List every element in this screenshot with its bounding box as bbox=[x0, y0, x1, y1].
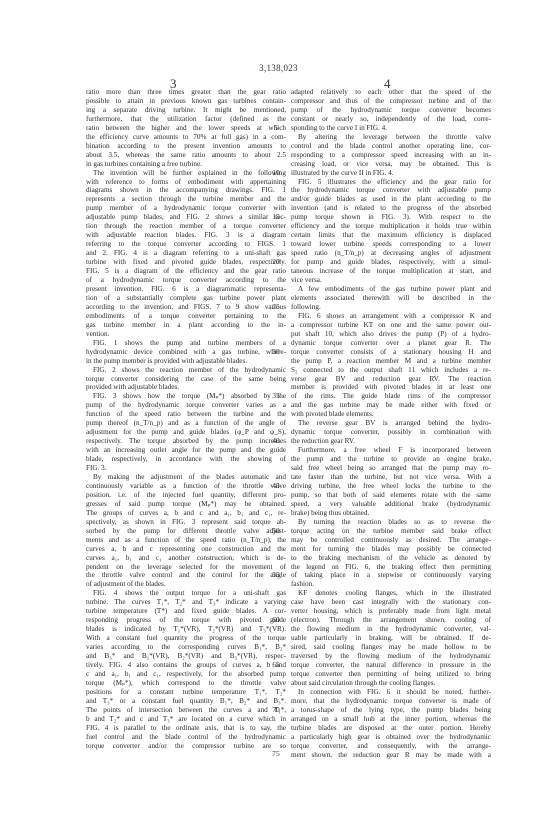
text-line: of taking place in a stepwise or continu… bbox=[291, 571, 491, 580]
text-line: torque converter and/or the compressor t… bbox=[86, 742, 286, 751]
text-line: adjustable pump blades, and FIG. 2 shows… bbox=[86, 213, 286, 222]
text-line: FIG. 2 shows the reaction member of the … bbox=[86, 366, 286, 375]
text-line: the flowing medium in the hydrodynamic c… bbox=[291, 625, 491, 634]
text-line: may be controlled continuously as desire… bbox=[291, 536, 491, 545]
text-line: ratio more than three times greater than… bbox=[86, 88, 286, 97]
text-line: with reference to forms of embodiment wi… bbox=[86, 178, 286, 187]
text-line: FIG. 5 is a diagram of the efficiency an… bbox=[86, 267, 286, 276]
text-line: the throttle valve control and the contr… bbox=[86, 571, 286, 580]
text-line: A few embodiments of the gas turbine pow… bbox=[291, 285, 491, 294]
text-line: the efficiency curve amounts to 70% at f… bbox=[86, 133, 286, 142]
text-line: pump member of a hydrodynamic torque con… bbox=[86, 204, 286, 213]
text-line: the pump and the turbine to provide an e… bbox=[291, 455, 491, 464]
text-line: pump of the hydrodynamic torque converte… bbox=[291, 106, 491, 115]
text-line: driving turbine, the free wheel locks th… bbox=[291, 482, 491, 491]
text-line: The invention will be further explained … bbox=[86, 169, 286, 178]
text-line: S₂ connected to the output shaft 11 whic… bbox=[291, 366, 491, 375]
text-line: and/or guide blades as used in the plant… bbox=[291, 195, 491, 204]
text-line: c and a₁, b₁ and c₁, respectively, for t… bbox=[86, 670, 286, 679]
line-number: 40 bbox=[269, 437, 283, 446]
text-line: provided with adjustable blades. bbox=[86, 383, 286, 392]
text-line: member is provided with pivoted blades i… bbox=[291, 383, 491, 392]
text-line: pendent on the leverage selected for the… bbox=[86, 563, 286, 572]
text-line: arranged on a small hub at the inner por… bbox=[291, 715, 491, 724]
line-number: 25 bbox=[269, 303, 283, 312]
text-line: FIG. 3 shows how the torque (Mₚ*) absorb… bbox=[86, 392, 286, 401]
text-line: sorbed by the pump for different throttl… bbox=[86, 527, 286, 536]
text-line: control and the blade control another op… bbox=[291, 142, 491, 151]
text-line: continuously variable as a function of t… bbox=[86, 482, 286, 491]
text-line: speed ratio (n_T/n_p) at decreasing angl… bbox=[291, 249, 491, 258]
left-text-column: ratio more than three times greater than… bbox=[86, 88, 286, 751]
text-line: the pump P, a reaction member M and a tu… bbox=[291, 357, 491, 366]
text-line: FIG. 5 illustrates the efficiency and th… bbox=[291, 178, 491, 187]
text-line: torque converter, the natural difference… bbox=[291, 661, 491, 670]
text-line: to the braking mechanism of the vehicle … bbox=[291, 554, 491, 563]
text-line: hydrodynamic device combined with a gas … bbox=[86, 348, 286, 357]
text-line: with adjustable reaction blades. FIG. 3 … bbox=[86, 231, 286, 240]
text-line: FIG. 4 shows the output torque for a uni… bbox=[86, 589, 286, 598]
text-line: with an increasing outlet angle for the … bbox=[86, 446, 286, 455]
text-line: and B₃* and B₁*(VR), B₂*(VR) and B₃*(VR)… bbox=[86, 652, 286, 661]
text-line: position, i.e. of the injected fuel quan… bbox=[86, 491, 286, 500]
text-line: torque (Mₚ*), which correspond to the th… bbox=[86, 679, 286, 688]
text-line: toward lower turbine speeds correspondin… bbox=[291, 240, 491, 249]
text-line: tate faster than the turbine, but not vi… bbox=[291, 473, 491, 482]
text-line: blade, respectively, in accordance with … bbox=[86, 455, 286, 464]
text-line: dynamic torque converter over a planet g… bbox=[291, 339, 491, 348]
text-line: (electron). Through the arrangement show… bbox=[291, 616, 491, 625]
text-line: adapted relatively to each other that th… bbox=[291, 88, 491, 97]
text-line: put shaft 10, which also drives the pump… bbox=[291, 330, 491, 339]
text-line: pump of the hydrodynamic torque converte… bbox=[86, 401, 286, 410]
text-line: the reduction gear RV. bbox=[291, 437, 491, 446]
text-line: of a hydrodynamic torque converter accor… bbox=[86, 276, 286, 285]
line-number: 20 bbox=[269, 258, 283, 267]
text-line: The points of intersection between the c… bbox=[86, 706, 286, 715]
text-line: said free wheel being so arranged that t… bbox=[291, 464, 491, 473]
text-line: The groups of curves a, b and c and a₁, … bbox=[86, 509, 286, 518]
text-line: pump thereof (n_T/n_p) and as a function… bbox=[86, 419, 286, 428]
text-line: responding progress of the torque with p… bbox=[86, 616, 286, 625]
text-line: vention. bbox=[86, 330, 286, 339]
text-line: b and T₂* and c and T₃* are located on a… bbox=[86, 715, 286, 724]
text-line: spectively, as shown in FIG. 3 represent… bbox=[86, 518, 286, 527]
text-line: FIG. 3. bbox=[86, 464, 286, 473]
text-line: a torus-shape of the lying type, the pum… bbox=[291, 706, 491, 715]
line-number: 55 bbox=[269, 571, 283, 580]
text-line: the hydrodynamic torque converter with a… bbox=[291, 186, 491, 195]
text-line: pump torque shown in FIG. 3). With respe… bbox=[291, 213, 491, 222]
text-line: FIG. 6 shows an arrangement with a compr… bbox=[291, 312, 491, 321]
text-line: taneous increase of the torque multiplic… bbox=[291, 267, 491, 276]
text-line: KF denotes cooling flanges, which in the… bbox=[291, 589, 491, 598]
line-number: 5 bbox=[269, 124, 283, 133]
text-line: positions for a constant turbine tempera… bbox=[86, 688, 286, 697]
text-line: tively. FIG. 4 also contains the groups … bbox=[86, 661, 286, 670]
text-line: blades is indicated by T₁*(VR), T₂*(VR) … bbox=[86, 625, 286, 634]
text-line: furthermore, that the utilization factor… bbox=[86, 115, 286, 124]
text-line: torque converter considering the case of… bbox=[86, 375, 286, 384]
text-line: and 2. FIG. 4 is a diagram referring to … bbox=[86, 249, 286, 258]
text-line: curves a, b and c representing one const… bbox=[86, 545, 286, 554]
text-line: By turning the reaction blades so as to … bbox=[291, 518, 491, 527]
text-line: in gas turbines containing a free turbin… bbox=[86, 160, 286, 169]
line-number: 35 bbox=[269, 392, 283, 401]
text-line: function of the speed ratio between the … bbox=[86, 410, 286, 419]
text-line: speed, a very valuable additional brake … bbox=[291, 500, 491, 509]
text-line: compressor and thus of the compressor tu… bbox=[291, 97, 491, 106]
text-line: diagrams shown in the accompanying drawi… bbox=[86, 186, 286, 195]
text-line: ments and as a function of the speed rat… bbox=[86, 536, 286, 545]
text-line: By making the adjustment of the blades a… bbox=[86, 473, 286, 482]
text-line: verse gear BV and reduction gear RV. The… bbox=[291, 375, 491, 384]
line-number: 50 bbox=[269, 527, 283, 536]
text-line: By altering the leverage between the thr… bbox=[291, 133, 491, 142]
text-line: about said circulation through the cooli… bbox=[291, 679, 491, 688]
text-line: vice versa. bbox=[291, 276, 491, 285]
text-line: torque acting on the turbine member said… bbox=[291, 527, 491, 536]
line-number: 10 bbox=[269, 169, 283, 178]
text-line: The reverse gear BV is arranged behind t… bbox=[291, 419, 491, 428]
line-number: 60 bbox=[269, 616, 283, 625]
line-number: 45 bbox=[269, 482, 283, 491]
text-line: ment for turning the blades may possibly… bbox=[291, 545, 491, 554]
text-line: of adjustment of the blades. bbox=[86, 580, 286, 589]
text-line: adjustment for the pump and guide blades… bbox=[86, 428, 286, 437]
text-line: ing a separate driving turbine. It might… bbox=[86, 106, 286, 115]
text-line: constant or nearly so, independently of … bbox=[291, 115, 491, 124]
text-line: embodiments of a torque converter pertai… bbox=[86, 312, 286, 321]
text-line: torque converter, and consequently, with… bbox=[291, 742, 491, 751]
text-line: represents a section through the turbine… bbox=[86, 195, 286, 204]
text-line: varies according to the corresponding cu… bbox=[86, 643, 286, 652]
text-line: present invention. FIG. 6 is a diagramma… bbox=[86, 285, 286, 294]
text-line: in the pump member is provided with adju… bbox=[86, 357, 286, 366]
text-line: Furthermore, a free wheel F is incorpora… bbox=[291, 446, 491, 455]
text-line: respectively. The torque absorbed by the… bbox=[86, 437, 286, 446]
text-line: pump, so that both of said elements rota… bbox=[291, 491, 491, 500]
text-line: turbine blades are disposed at the outer… bbox=[291, 724, 491, 733]
text-line: about 3.5, whereas the same ratio amount… bbox=[86, 151, 286, 160]
text-line: invention (and is related to the progres… bbox=[291, 204, 491, 213]
text-line: elements associated therewith will be de… bbox=[291, 294, 491, 303]
text-line: responding to a compressor speed increas… bbox=[291, 151, 491, 160]
text-line: more, that the hydrodynamic torque conve… bbox=[291, 697, 491, 706]
line-number: 65 bbox=[269, 661, 283, 670]
text-line: efficiency and the torque multiplication… bbox=[291, 222, 491, 231]
text-line: gresses of said pump torque (Mₚ*) may be… bbox=[86, 500, 286, 509]
text-line: and T₃* or a constant fuel quantity B₁*,… bbox=[86, 697, 286, 706]
text-line: possible to attain in previous known gas… bbox=[86, 97, 286, 106]
text-line: torque converter then permitting of bein… bbox=[291, 670, 491, 679]
text-line: referring to the torque converter accord… bbox=[86, 240, 286, 249]
text-line: with pivoted blade elements. bbox=[291, 410, 491, 419]
text-line: brake) being thus obtained. bbox=[291, 509, 491, 518]
text-line: illustrated by the curve II in FIG. 4. bbox=[291, 169, 491, 178]
text-line: following. bbox=[291, 303, 491, 312]
text-line: FIG. 1 shows the pump and turbine member… bbox=[86, 339, 286, 348]
text-line: curves a₁, b₁ and c₁ another constructio… bbox=[86, 554, 286, 563]
text-line: for pump and guide blades, respectively,… bbox=[291, 258, 491, 267]
right-text-column: adapted relatively to each other that th… bbox=[291, 88, 491, 759]
text-line: traversed by the flowing medium of the h… bbox=[291, 652, 491, 661]
text-line: In connection with FIG. 6 it should be n… bbox=[291, 688, 491, 697]
text-line: dynamic torque converter, possibly in co… bbox=[291, 428, 491, 437]
text-line: ment shown, the reduction gear R may be … bbox=[291, 751, 491, 760]
text-line: a particularly high gear is obtained ove… bbox=[291, 733, 491, 742]
text-line: turbine with fixed and pivoted guide bla… bbox=[86, 258, 286, 267]
text-line: the legend on FIG. 6, the braking effect… bbox=[291, 563, 491, 572]
text-line: fashion. bbox=[291, 580, 491, 589]
text-line: a compressor turbine KT on one and the s… bbox=[291, 321, 491, 330]
text-line: tion through the reaction member of a to… bbox=[86, 222, 286, 231]
text-line: verter housing, which is preferably made… bbox=[291, 607, 491, 616]
text-line: bination according to the present invent… bbox=[86, 142, 286, 151]
text-line: fuel control and the blade control of th… bbox=[86, 733, 286, 742]
text-line: gas turbine member in a plant according … bbox=[86, 321, 286, 330]
text-line: sponding to the curve I in FIG. 4. bbox=[291, 124, 491, 133]
text-line: certain limits that the maximum efficien… bbox=[291, 231, 491, 240]
line-number: 15 bbox=[269, 213, 283, 222]
text-line: case have been cast integrally with the … bbox=[291, 598, 491, 607]
text-line: turbine temperature (T*) and fixed guide… bbox=[86, 607, 286, 616]
line-number: 75 bbox=[269, 750, 283, 759]
text-line: With a constant fuel quantity the progre… bbox=[86, 634, 286, 643]
line-number: 70 bbox=[269, 706, 283, 715]
text-line: of the rims. The guide blade rims of the… bbox=[291, 392, 491, 401]
patent-number: 3,138,023 bbox=[0, 63, 557, 73]
text-line: uable particularly in braking, will be o… bbox=[291, 634, 491, 643]
text-line: FIG. 4 is parallel to the ordinate axis,… bbox=[86, 724, 286, 733]
text-line: turbine. The curves T₁*, T₂* and T₃* ind… bbox=[86, 598, 286, 607]
text-line: and the gas turbine may be made either w… bbox=[291, 401, 491, 410]
line-number: 30 bbox=[269, 348, 283, 357]
text-line: sired, said cooling flanges may be made … bbox=[291, 643, 491, 652]
text-line: ratio between the higher and the lower s… bbox=[86, 124, 286, 133]
text-line: according to the invention, and FIGS. 7 … bbox=[86, 303, 286, 312]
text-line: creasing load, or vice versa, may be obt… bbox=[291, 160, 491, 169]
text-line: torque converter consists of a stationar… bbox=[291, 348, 491, 357]
text-line: tion of a substantially complete gas tur… bbox=[86, 294, 286, 303]
